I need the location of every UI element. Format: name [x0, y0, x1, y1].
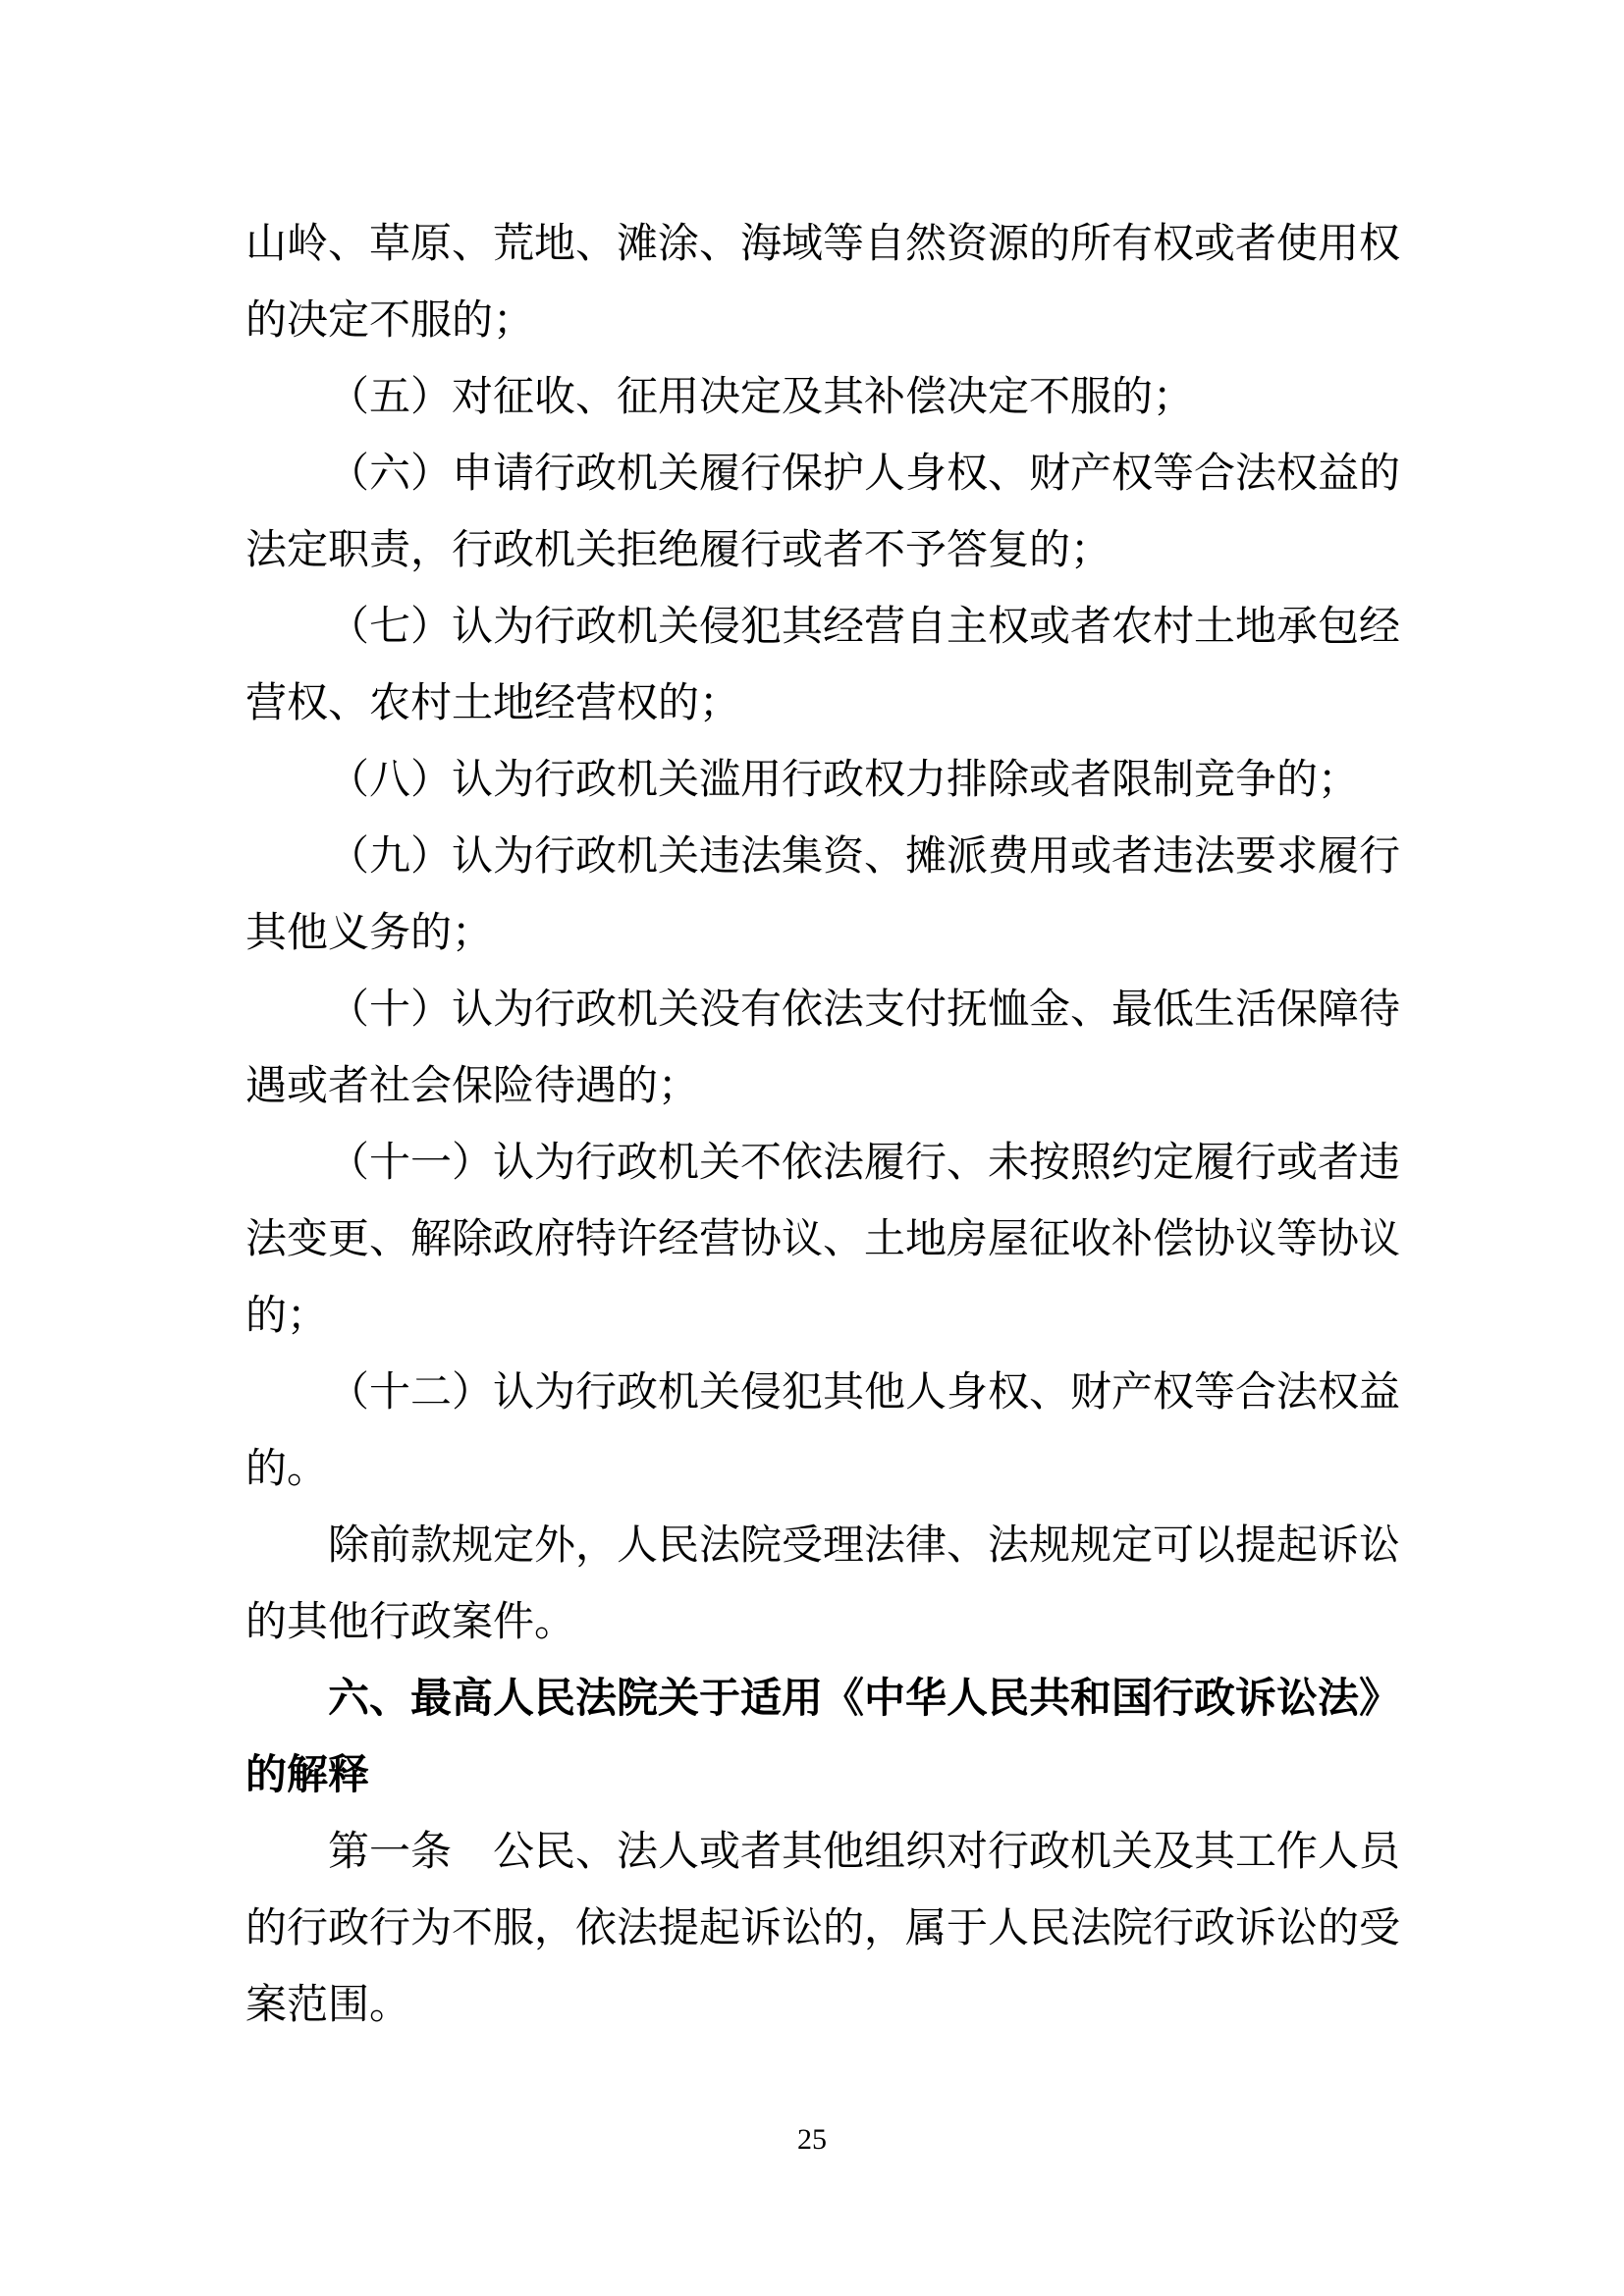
- text-line: 遇或者社会保险待遇的；: [245, 1048, 1416, 1125]
- text-line: （八）认为行政机关滥用行政权力排除或者限制竞争的；: [245, 742, 1416, 819]
- text-line: 的其他行政案件。: [245, 1584, 1416, 1661]
- text-line: 山岭、草原、荒地、滩涂、海域等自然资源的所有权或者使用权: [245, 206, 1416, 283]
- text-line: （九）认为行政机关违法集资、摊派费用或者违法要求履行: [245, 819, 1416, 895]
- document-body: 山岭、草原、荒地、滩涂、海域等自然资源的所有权或者使用权 的决定不服的； （五）…: [245, 206, 1416, 2044]
- text-line: （十一）认为行政机关不依法履行、未按照约定履行或者违: [245, 1125, 1416, 1201]
- section-heading-line: 六、最高人民法院关于适用《中华人民共和国行政诉讼法》: [245, 1661, 1416, 1737]
- text-line: （十二）认为行政机关侵犯其他人身权、财产权等合法权益: [245, 1355, 1416, 1431]
- text-line: 的决定不服的；: [245, 283, 1416, 359]
- section-heading-line: 的解释: [245, 1737, 1416, 1814]
- text-line: （五）对征收、征用决定及其补偿决定不服的；: [245, 359, 1416, 436]
- text-line: 的。: [245, 1431, 1416, 1508]
- page-number: 25: [0, 2123, 1624, 2157]
- text-line: 的行政行为不服，依法提起诉讼的，属于人民法院行政诉讼的受: [245, 1891, 1416, 1967]
- text-line: （六）申请行政机关履行保护人身权、财产权等合法权益的: [245, 436, 1416, 512]
- text-line: 法变更、解除政府特许经营协议、土地房屋征收补偿协议等协议: [245, 1201, 1416, 1278]
- document-page: 山岭、草原、荒地、滩涂、海域等自然资源的所有权或者使用权 的决定不服的； （五）…: [0, 0, 1624, 2296]
- text-line: 第一条 公民、法人或者其他组织对行政机关及其工作人员: [245, 1814, 1416, 1891]
- text-line: 除前款规定外，人民法院受理法律、法规规定可以提起诉讼: [245, 1508, 1416, 1584]
- text-line: 营权、农村土地经营权的；: [245, 666, 1416, 742]
- text-line: （十）认为行政机关没有依法支付抚恤金、最低生活保障待: [245, 972, 1416, 1048]
- text-line: （七）认为行政机关侵犯其经营自主权或者农村土地承包经: [245, 589, 1416, 666]
- text-line: 案范围。: [245, 1967, 1416, 2044]
- text-line: 其他义务的；: [245, 895, 1416, 972]
- text-line: 的；: [245, 1278, 1416, 1355]
- text-line: 法定职责，行政机关拒绝履行或者不予答复的；: [245, 512, 1416, 589]
